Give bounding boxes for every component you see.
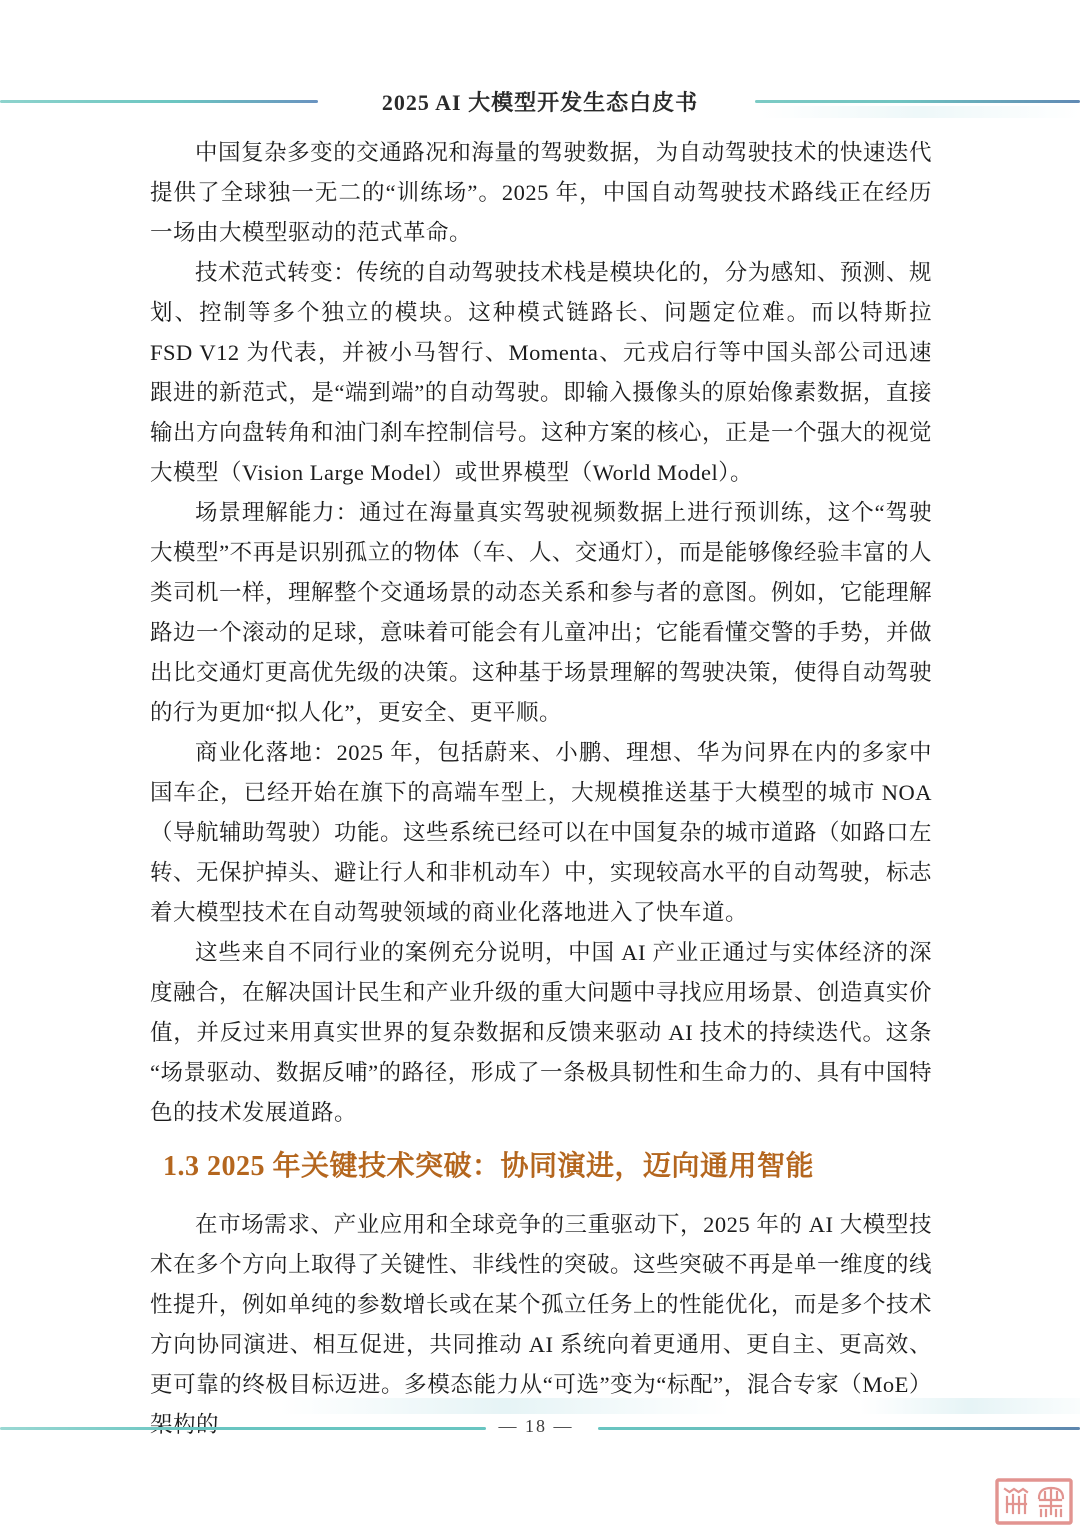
page-number: — 18 — xyxy=(499,1416,574,1437)
red-seal-stamp-icon xyxy=(995,1478,1073,1525)
paragraph: 在市场需求、产业应用和全球竞争的三重驱动下，2025 年的 AI 大模型技术在多… xyxy=(150,1205,932,1445)
page-body: 中国复杂多变的交通路况和海量的驾驶数据，为自动驾驶技术的快速迭代提供了全球独一无… xyxy=(150,133,932,1445)
section-heading-1-3: 1.3 2025 年关键技术突破：协同演进，迈向通用智能 xyxy=(150,1145,932,1189)
paragraph: 这些来自不同行业的案例充分说明，中国 AI 产业正通过与实体经济的深度融合，在解… xyxy=(150,933,932,1133)
paragraph: 技术范式转变：传统的自动驾驶技术栈是模块化的，分为感知、预测、规划、控制等多个独… xyxy=(150,253,932,493)
paragraph: 商业化落地：2025 年，包括蔚来、小鹏、理想、华为问界在内的多家中国车企，已经… xyxy=(150,733,932,933)
document-page: 2025 AI 大模型开发生态白皮书 中国复杂多变的交通路况和海量的驾驶数据，为… xyxy=(0,0,1080,1527)
header-rule-right xyxy=(755,100,1080,103)
paragraph: 中国复杂多变的交通路况和海量的驾驶数据，为自动驾驶技术的快速迭代提供了全球独一无… xyxy=(150,133,932,253)
paragraph: 场景理解能力：通过在海量真实驾驶视频数据上进行预训练，这个“驾驶大模型”不再是识… xyxy=(150,493,932,733)
footer-rule-left xyxy=(0,1427,486,1430)
footer-rule-right xyxy=(598,1427,1080,1430)
